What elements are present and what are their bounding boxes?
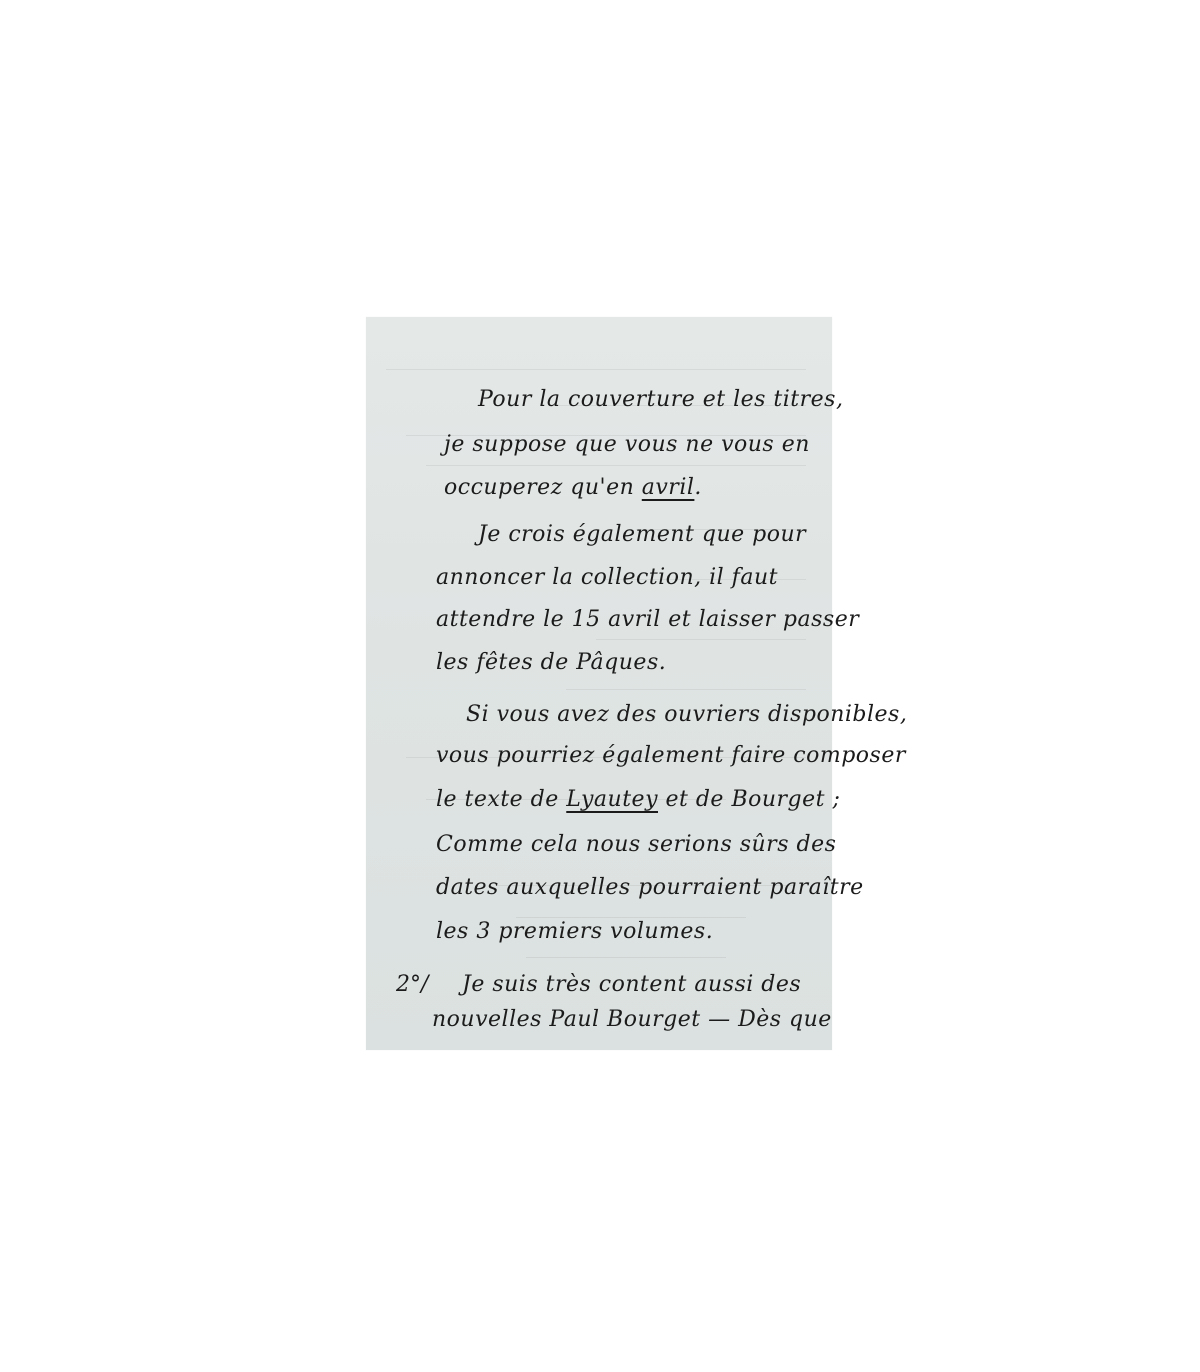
letter-line: le texte de Lyautey et de Bourget ; (436, 789, 840, 811)
letter-line: occuperez qu'en avril. (444, 477, 702, 499)
letter-line: je suppose que vous ne vous en (444, 434, 810, 456)
letter-line: Comme cela nous serions sûrs des (436, 834, 836, 856)
underlined-word: avril (642, 475, 695, 500)
bleed-through-line (526, 957, 726, 958)
section-marker: 2°/ (396, 972, 428, 997)
bleed-through-line (516, 917, 746, 918)
letter-line: les fêtes de Pâques. (436, 652, 666, 674)
letter-page: Pour la couverture et les titres, je sup… (366, 317, 832, 1050)
letter-line: Je crois également que pour (478, 524, 806, 546)
letter-line: vous pourriez également faire composer (436, 745, 906, 767)
bleed-through-line (426, 465, 806, 466)
bleed-through-line (386, 369, 806, 370)
letter-line: Je suis très content aussi des (462, 974, 801, 996)
bleed-through-line (566, 689, 806, 690)
letter-line: les 3 premiers volumes. (436, 921, 713, 943)
bleed-through-line (596, 639, 806, 640)
letter-line: nouvelles Paul Bourget — Dès que (432, 1009, 832, 1031)
letter-line: dates auxquelles pourraient paraître (436, 877, 864, 899)
letter-line: attendre le 15 avril et laisser passer (436, 609, 859, 631)
letter-line: annoncer la collection, il faut (436, 567, 778, 589)
letter-line: Si vous avez des ouvriers disponibles, (466, 704, 907, 726)
letter-line: Pour la couverture et les titres, (478, 389, 843, 411)
underlined-word: Lyautey (566, 787, 658, 812)
